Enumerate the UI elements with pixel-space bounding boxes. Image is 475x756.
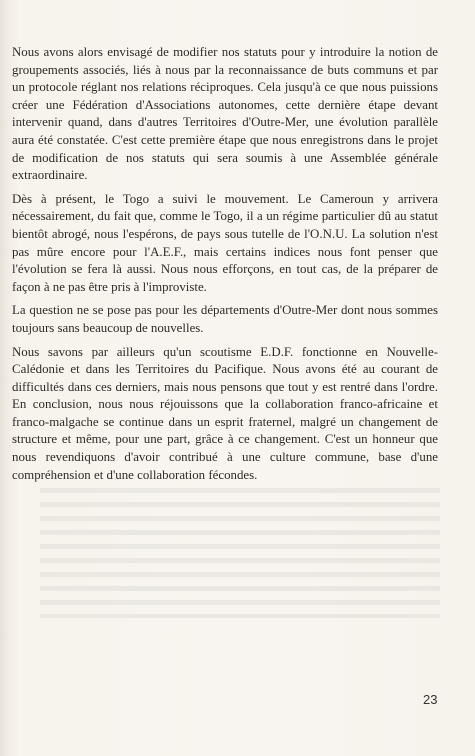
page-number: 23 (423, 692, 437, 707)
show-through-text (40, 488, 440, 618)
book-page: Nous avons alors envisagé de modifier no… (0, 0, 475, 756)
body-text: Nous avons alors envisagé de modifier no… (12, 44, 438, 490)
paragraph-togo: Dès à présent, le Togo a suivi le mouvem… (12, 191, 438, 297)
paragraph-statuts: Nous avons alors envisagé de modifier no… (12, 44, 438, 185)
paragraph-conclusion: Nous savons par ailleurs qu'un scoutisme… (12, 344, 438, 485)
paragraph-outre-mer: La question ne se pose pas pour les dépa… (12, 302, 438, 337)
